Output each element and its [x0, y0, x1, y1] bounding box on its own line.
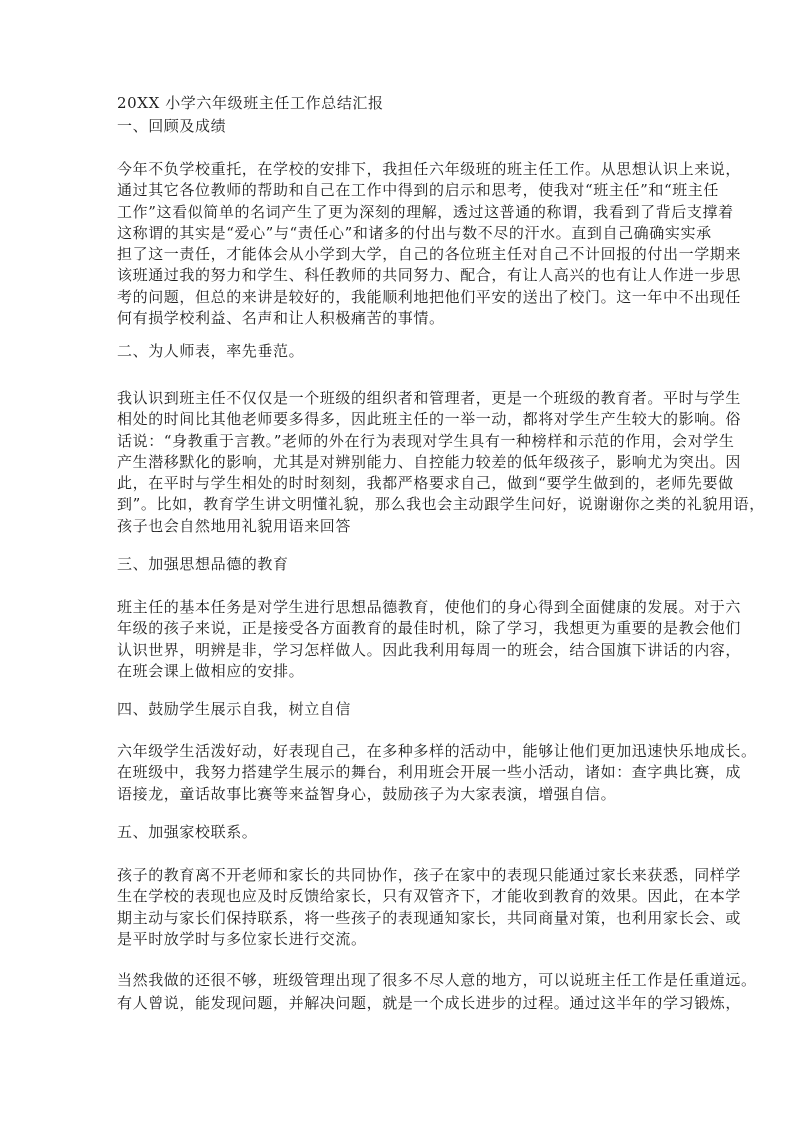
paragraph-line: 孩子也会自然地用礼貌用语来回答 [117, 516, 683, 537]
document-page: 20XX 小学六年级班主任工作总结汇报 一、回顾及成绩 今年不负学校重托，在学校… [0, 0, 793, 1122]
paragraph-line: 班主任的基本任务是对学生进行思想品德教育，使他们的身心得到全面健康的发展。对于六 [117, 597, 683, 618]
paragraph-line: 生在学校的表现也应及时反馈给家长，只有双管齐下，才能收到教育的效果。因此，在本学 [117, 886, 683, 907]
paragraph-line: 当然我做的还很不够，班级管理出现了很多不尽人意的地方，可以说班主任工作是任重道远… [117, 969, 683, 992]
section-heading-text: 二、为人师表，率先垂范。 [117, 341, 683, 362]
paragraph-line: 工作”这看似简单的名词产生了更为深刻的理解，透过这普通的称谓，我看到了背后支撑着 [117, 202, 683, 223]
section-4-paragraph-1: 六年级学生活泼好动，好表现自己，在多种多样的活动中，能够让他们更加迅速快乐地成长… [117, 741, 683, 805]
paragraph-line: 在班会课上做相应的安排。 [117, 661, 683, 682]
paragraph-line: 何有损学校利益、名声和让人积极痛苦的事情。 [117, 308, 683, 329]
paragraph-line: 这称谓的其实是“爱心”与“责任心”和诸多的付出与数不尽的汗水。直到自己确确实实承 [117, 223, 683, 244]
paragraph-line: 考的问题，但总的来讲是较好的，我能顺利地把他们平安的送出了校门。这一年中不出现任 [117, 287, 683, 308]
paragraph-line: 有人曾说，能发现问题，并解决问题，就是一个成长进步的过程。通过这半年的学习锻炼， [117, 992, 683, 1015]
paragraph-line: 相处的时间比其他老师要多得多，因此班主任的一举一动，都将对学生产生较大的影响。俗 [117, 409, 683, 430]
section-heading-text: 一、回顾及成绩 [117, 116, 683, 137]
paragraph-line: 产生潜移默化的影响，尤其是对辨别能力、自控能力较差的低年级孩子，影响尤为突出。因 [117, 452, 683, 473]
section-1-paragraph-1: 今年不负学校重托，在学校的安排下，我担任六年级班的班主任工作。从思想认识上来说，… [117, 159, 683, 329]
section-heading-2: 二、为人师表，率先垂范。 [117, 341, 683, 362]
section-5-paragraph-1: 孩子的教育离不开老师和家长的共同协作，孩子在家中的表现只能通过家长来获悉，同样学… [117, 865, 683, 950]
paragraph-line: 今年不负学校重托，在学校的安排下，我担任六年级班的班主任工作。从思想认识上来说， [117, 159, 683, 180]
document-title: 20XX 小学六年级班主任工作总结汇报 [117, 93, 683, 114]
paragraph-line: 此，在平时与学生相处的时时刻刻，我都严格要求自己，做到“要学生做到的，老师先要做 [117, 473, 683, 494]
section-heading-text: 四、鼓励学生展示自我，树立自信 [117, 699, 683, 720]
paragraph-line: 我认识到班主任不仅仅是一个班级的组织者和管理者，更是一个班级的教育者。平时与学生 [117, 388, 683, 409]
paragraph-line: 担了这一责任，才能体会从小学到大学，自己的各位班主任对自己不计回报的付出一学期来 [117, 244, 683, 265]
paragraph-line: 是平时放学时与多位家长进行交流。 [117, 929, 683, 950]
section-heading-4: 四、鼓励学生展示自我，树立自信 [117, 699, 683, 720]
paragraph-line: 话说：“身教重于言教。”老师的外在行为表现对学生具有一种榜样和示范的作用，会对学… [117, 431, 683, 452]
paragraph-line: 期主动与家长们保持联系，将一些孩子的表现通知家长，共同商量对策，也利用家长会、或 [117, 908, 683, 929]
paragraph-line: 语接龙，童话故事比赛等来益智身心，鼓励孩子为大家表演，增强自信。 [117, 784, 683, 805]
section-heading-3: 三、加强思想品德的教育 [117, 554, 683, 575]
paragraph-line: 到”。比如，教育学生讲文明懂礼貌，那么我也会主动跟学生问好，说谢谢你之类的礼貌用… [117, 494, 683, 515]
paragraph-line: 孩子的教育离不开老师和家长的共同协作，孩子在家中的表现只能通过家长来获悉，同样学 [117, 865, 683, 886]
section-heading-1: 一、回顾及成绩 [117, 116, 683, 137]
paragraph-line: 年级的孩子来说，正是接受各方面教育的最佳时机，除了学习，我想更为重要的是教会他们 [117, 618, 683, 639]
section-heading-text: 三、加强思想品德的教育 [117, 554, 683, 575]
section-2-paragraph-1: 我认识到班主任不仅仅是一个班级的组织者和管理者，更是一个班级的教育者。平时与学生… [117, 388, 683, 537]
paragraph-line: 通过其它各位教师的帮助和自己在工作中得到的启示和思考，使我对“班主任”和“班主任 [117, 180, 683, 201]
section-3-paragraph-1: 班主任的基本任务是对学生进行思想品德教育，使他们的身心得到全面健康的发展。对于六… [117, 597, 683, 682]
paragraph-line: 认识世界，明辨是非，学习怎样做人。因此我利用每周一的班会，结合国旗下讲话的内容， [117, 640, 683, 661]
title-text: 20XX 小学六年级班主任工作总结汇报 [117, 93, 683, 114]
section-heading-text: 五、加强家校联系。 [117, 822, 683, 843]
paragraph-line: 该班通过我的努力和学生、科任教师的共同努力、配合，有让人高兴的也有让人作进一步思 [117, 265, 683, 286]
section-heading-5: 五、加强家校联系。 [117, 822, 683, 843]
section-5-paragraph-2: 当然我做的还很不够，班级管理出现了很多不尽人意的地方，可以说班主任工作是任重道远… [117, 969, 683, 1015]
paragraph-line: 在班级中，我努力搭建学生展示的舞台，利用班会开展一些小活动，诸如：查字典比赛，成 [117, 762, 683, 783]
paragraph-line: 六年级学生活泼好动，好表现自己，在多种多样的活动中，能够让他们更加迅速快乐地成长… [117, 741, 683, 762]
